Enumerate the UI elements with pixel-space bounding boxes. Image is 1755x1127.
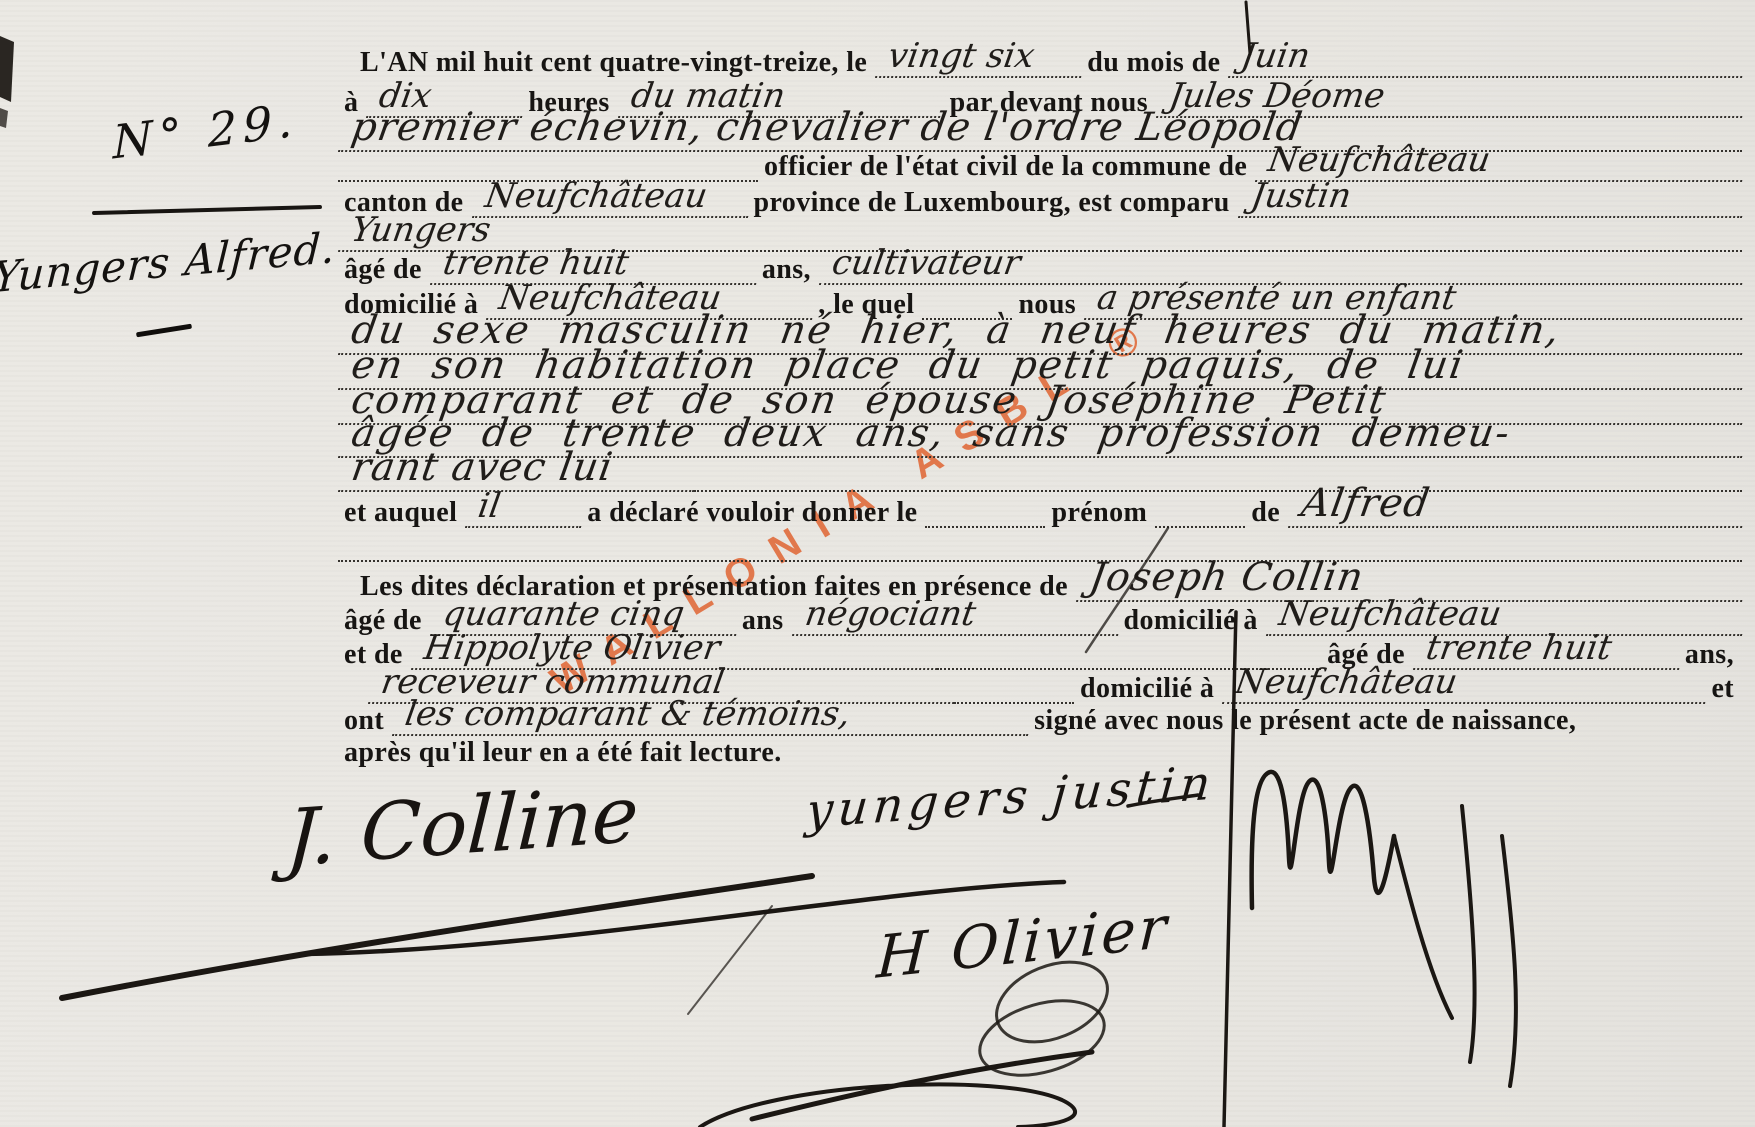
- handwritten-day: vingt six: [875, 39, 1087, 78]
- margin-registered-name: Yungers Alfred.: [0, 223, 337, 302]
- handwritten-entry: rant avec lui: [338, 448, 701, 492]
- officer-paraph-descender: [1462, 806, 1475, 1062]
- form-line-1: L'AN mil huit cent quatre-vingt-treize, …: [338, 38, 1742, 78]
- signature-declarant-yungers: yungers justin: [804, 755, 1218, 839]
- printed-text: du mois de: [1081, 48, 1228, 78]
- printed-text: après qu'il leur en a été fait lecture.: [338, 738, 790, 768]
- printed-text: L'AN mil huit cent quatre-vingt-treize, …: [338, 48, 875, 78]
- collin-hairline: [688, 906, 772, 1014]
- birth-act-scan: N° 29. Yungers Alfred. WALLONIA ASBL ® L…: [0, 0, 1755, 1127]
- corner-artifact: [0, 36, 14, 128]
- act-number-underline: [92, 205, 322, 215]
- officer-paraph-descender: [1502, 836, 1516, 1086]
- handwritten-month: Juin: [1228, 39, 1748, 78]
- form-line-21: après qu'il leur en a été fait lecture.: [338, 728, 1742, 768]
- bottom-flourish: [700, 1084, 1075, 1127]
- officer-signature-paraph: [1252, 772, 1394, 908]
- form-line-15: [338, 522, 1742, 562]
- signature-witness-collin: J. Colline: [284, 769, 641, 884]
- collin-flourish-stroke: [62, 876, 812, 998]
- margin-dash: [136, 324, 192, 338]
- olivier-loop: [971, 988, 1113, 1089]
- act-number: N° 29.: [112, 92, 299, 169]
- officer-paraph-descender: [1394, 836, 1452, 1018]
- signature-witness-olivier: H Olivier: [875, 892, 1171, 991]
- olivier-underline: [752, 1052, 1092, 1119]
